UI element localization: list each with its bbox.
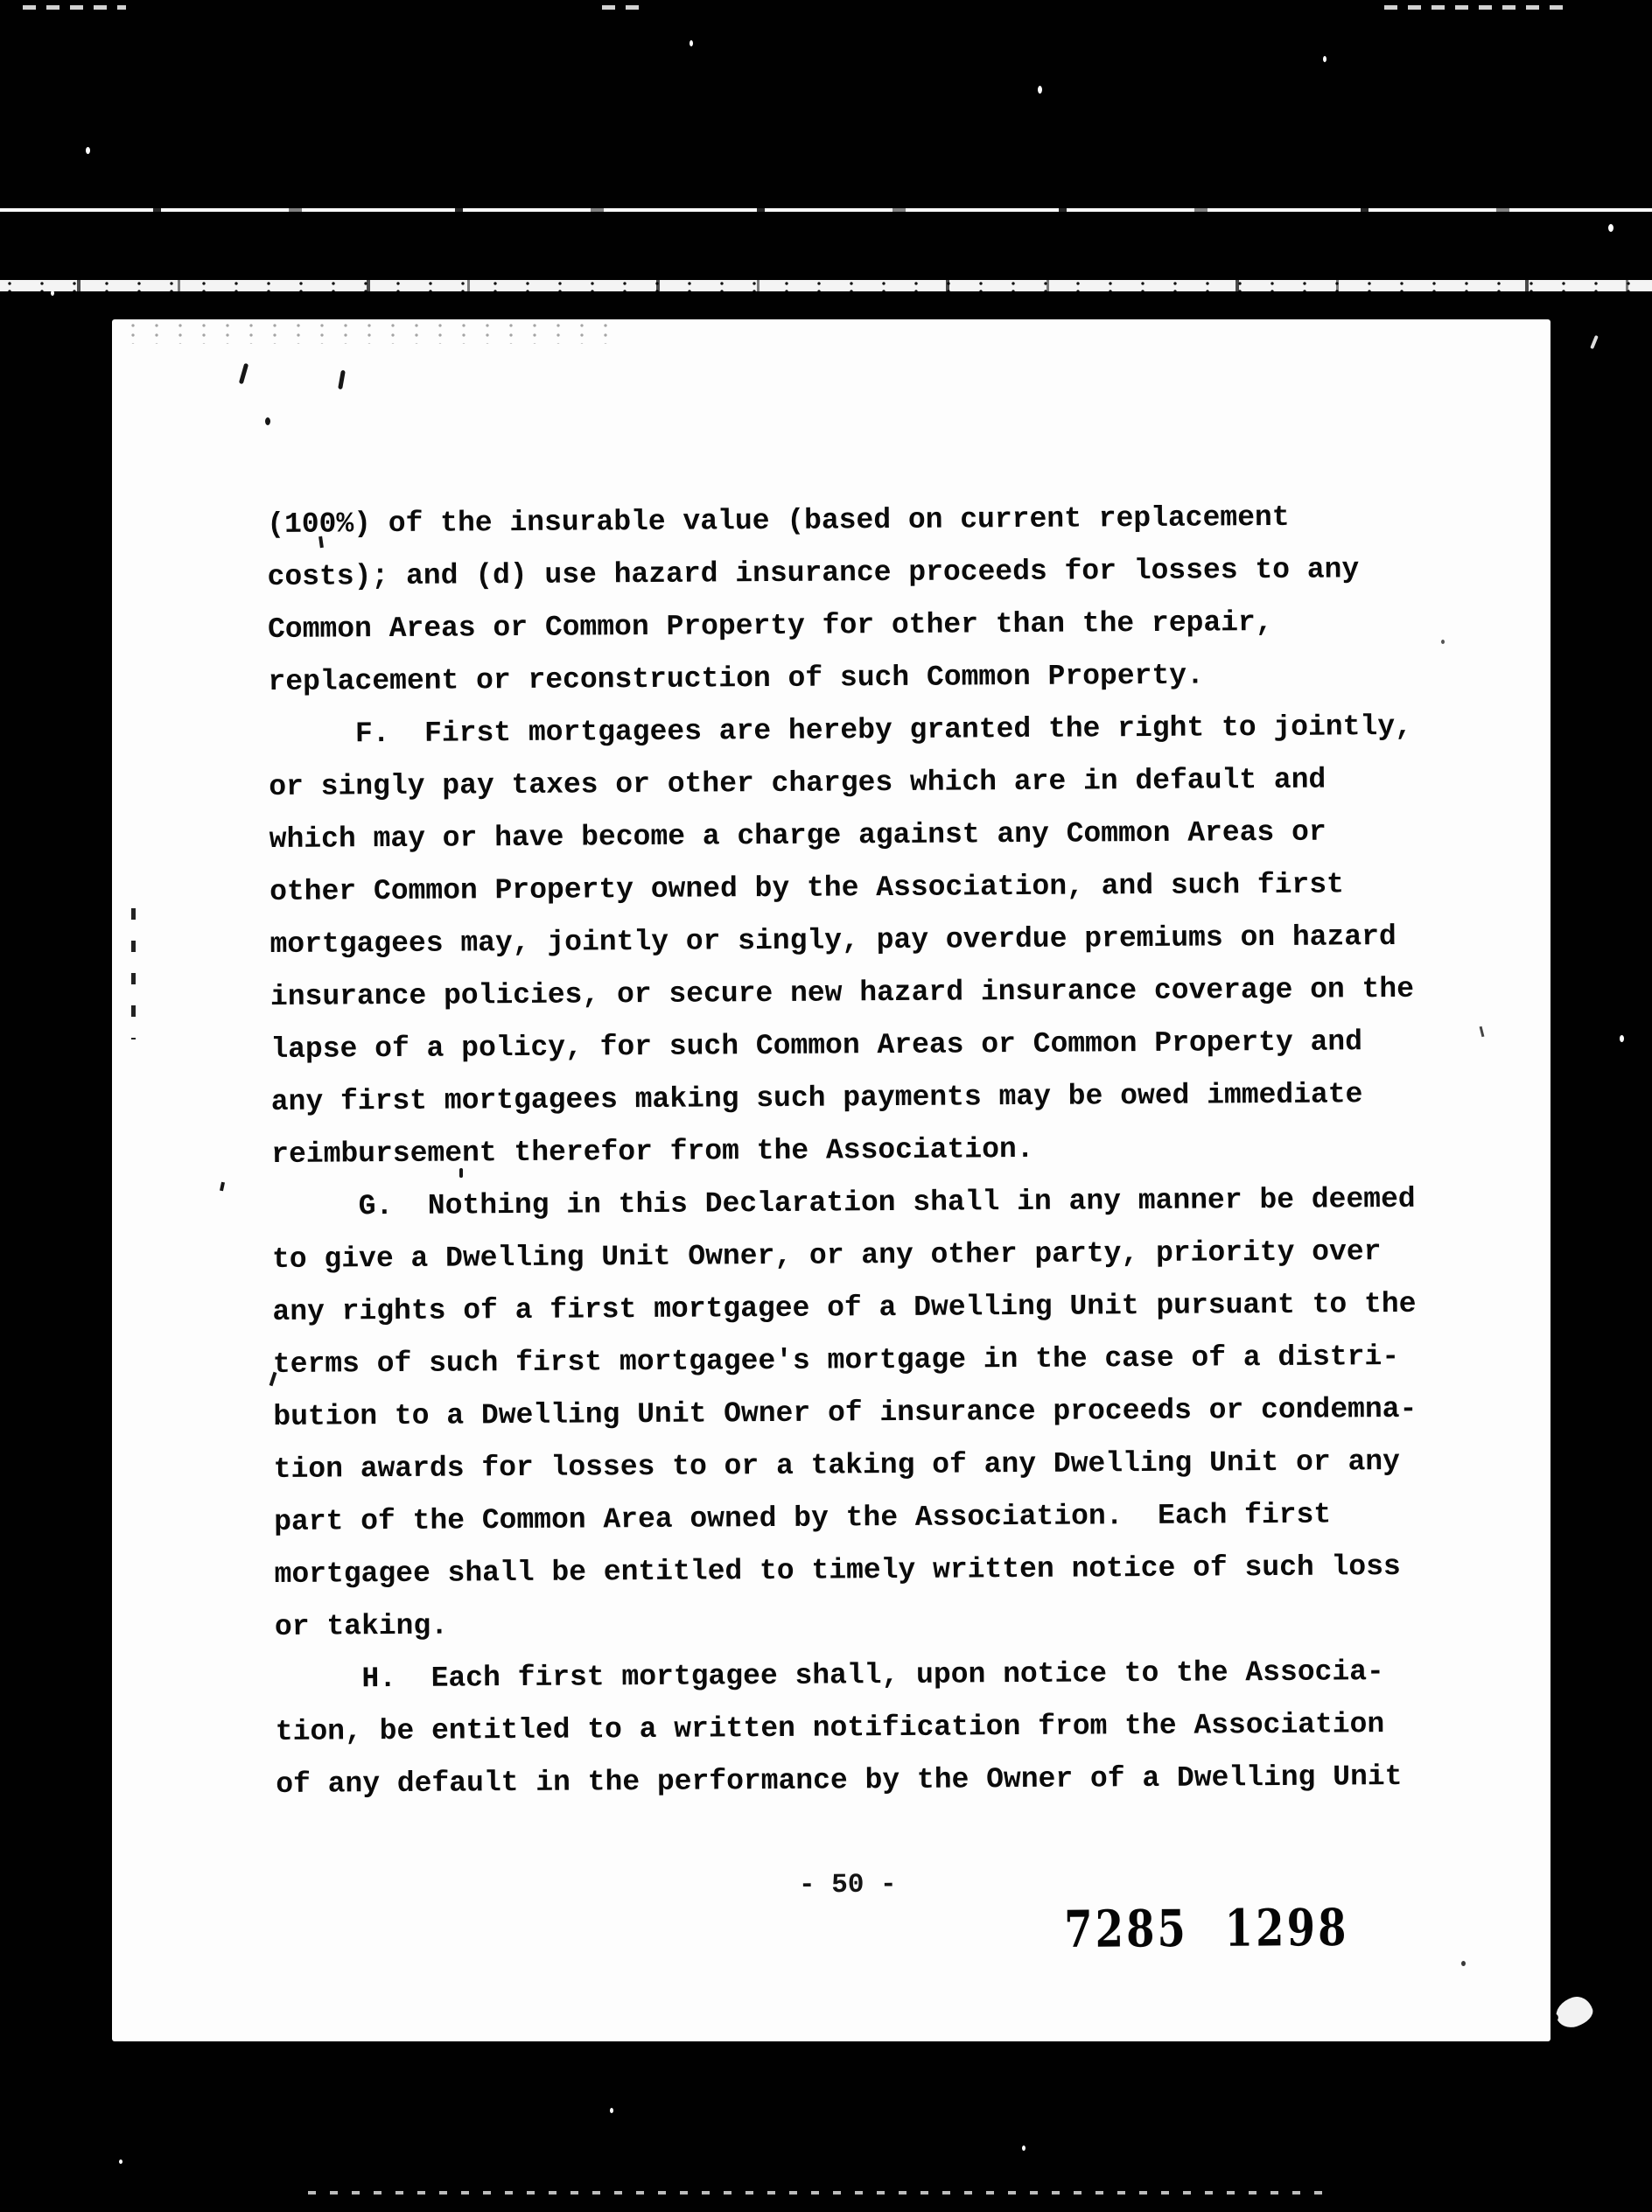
dust-speck [51,290,54,296]
film-separator-band [0,280,1652,291]
scanned-document-frame: (100%) of the insurable value (based on … [0,0,1652,2212]
stray-mark [1441,640,1445,644]
text-line: insurance policies, or secure new hazard… [270,963,1414,1024]
dust-speck [610,2108,613,2113]
page-number: - 50 - [799,1870,897,1901]
film-dotted-line [308,2191,1323,2194]
stray-mark [1480,1026,1485,1037]
dust-speck [689,40,693,46]
text-line: G. Nothing in this Declaration shall in … [271,1173,1415,1234]
film-separator-line [0,208,1652,212]
text-line: lapse of a policy, for such Common Areas… [270,1016,1414,1076]
film-scratch-line [23,5,126,10]
recorder-stamp: 7285 1298 [1064,1898,1349,1959]
stamp-book-number: 7285 [1064,1899,1188,1959]
dust-speck [1038,86,1042,94]
stamp-page-number: 1298 [1225,1898,1349,1958]
text-line: H. Each first mortgagee shall, upon noti… [275,1646,1418,1706]
dust-speck [86,147,90,154]
text-line: any rights of a first mortgagee of a Dwe… [272,1278,1416,1339]
stray-mark [1461,1961,1466,1966]
dust-speck [1323,56,1326,62]
text-line: F. First mortgagees are hereby granted t… [269,701,1412,761]
text-line: other Common Property owned by the Assoc… [269,858,1413,919]
text-line: costs); and (d) use hazard insurance pro… [267,543,1410,604]
stray-mark [338,370,346,390]
text-line: reimbursement therefor from the Associat… [271,1121,1415,1181]
dust-speck [1608,224,1613,232]
text-line: which may or have become a charge agains… [269,806,1413,866]
dust-speck [119,2159,122,2164]
dust-speck [1620,1035,1624,1042]
text-line: terms of such first mortgagee's mortgage… [273,1331,1417,1391]
dust-speck [1022,2145,1025,2151]
text-line: part of the Common Area owned by the Ass… [274,1488,1417,1549]
text-line: to give a Dwelling Unit Owner, or any ot… [272,1226,1416,1286]
text-line: of any default in the performance by the… [276,1751,1419,1811]
text-line: Common Areas or Common Property for othe… [268,596,1411,656]
stray-mark [265,417,270,425]
text-line: tion awards for losses to or a taking of… [274,1436,1417,1496]
text-line: mortgagees may, jointly or singly, pay o… [269,911,1413,971]
stray-mark [239,363,248,384]
text-line: tion, be entitled to a written notificat… [276,1698,1419,1759]
text-line: bution to a Dwelling Unit Owner of insur… [273,1383,1417,1444]
scratch-mark [1590,335,1599,349]
film-scratch-line [602,5,639,10]
margin-dashes [131,908,136,1039]
scan-noise [128,321,618,344]
text-line: replacement or reconstruction of such Co… [268,648,1411,709]
ink-blob [1552,1992,1596,2031]
stray-mark [220,1182,225,1192]
text-line: any first mortgagees making such payment… [271,1068,1415,1129]
body-text: (100%) of the insurable value (based on … [267,491,1419,1811]
text-line: or taking. [275,1593,1418,1654]
document-page: (100%) of the insurable value (based on … [112,319,1550,2041]
text-line: mortgagee shall be entitled to timely wr… [274,1541,1417,1601]
text-line: or singly pay taxes or other charges whi… [269,753,1412,814]
text-line: (100%) of the insurable value (based on … [267,491,1410,551]
film-scratch-line [1384,5,1571,10]
